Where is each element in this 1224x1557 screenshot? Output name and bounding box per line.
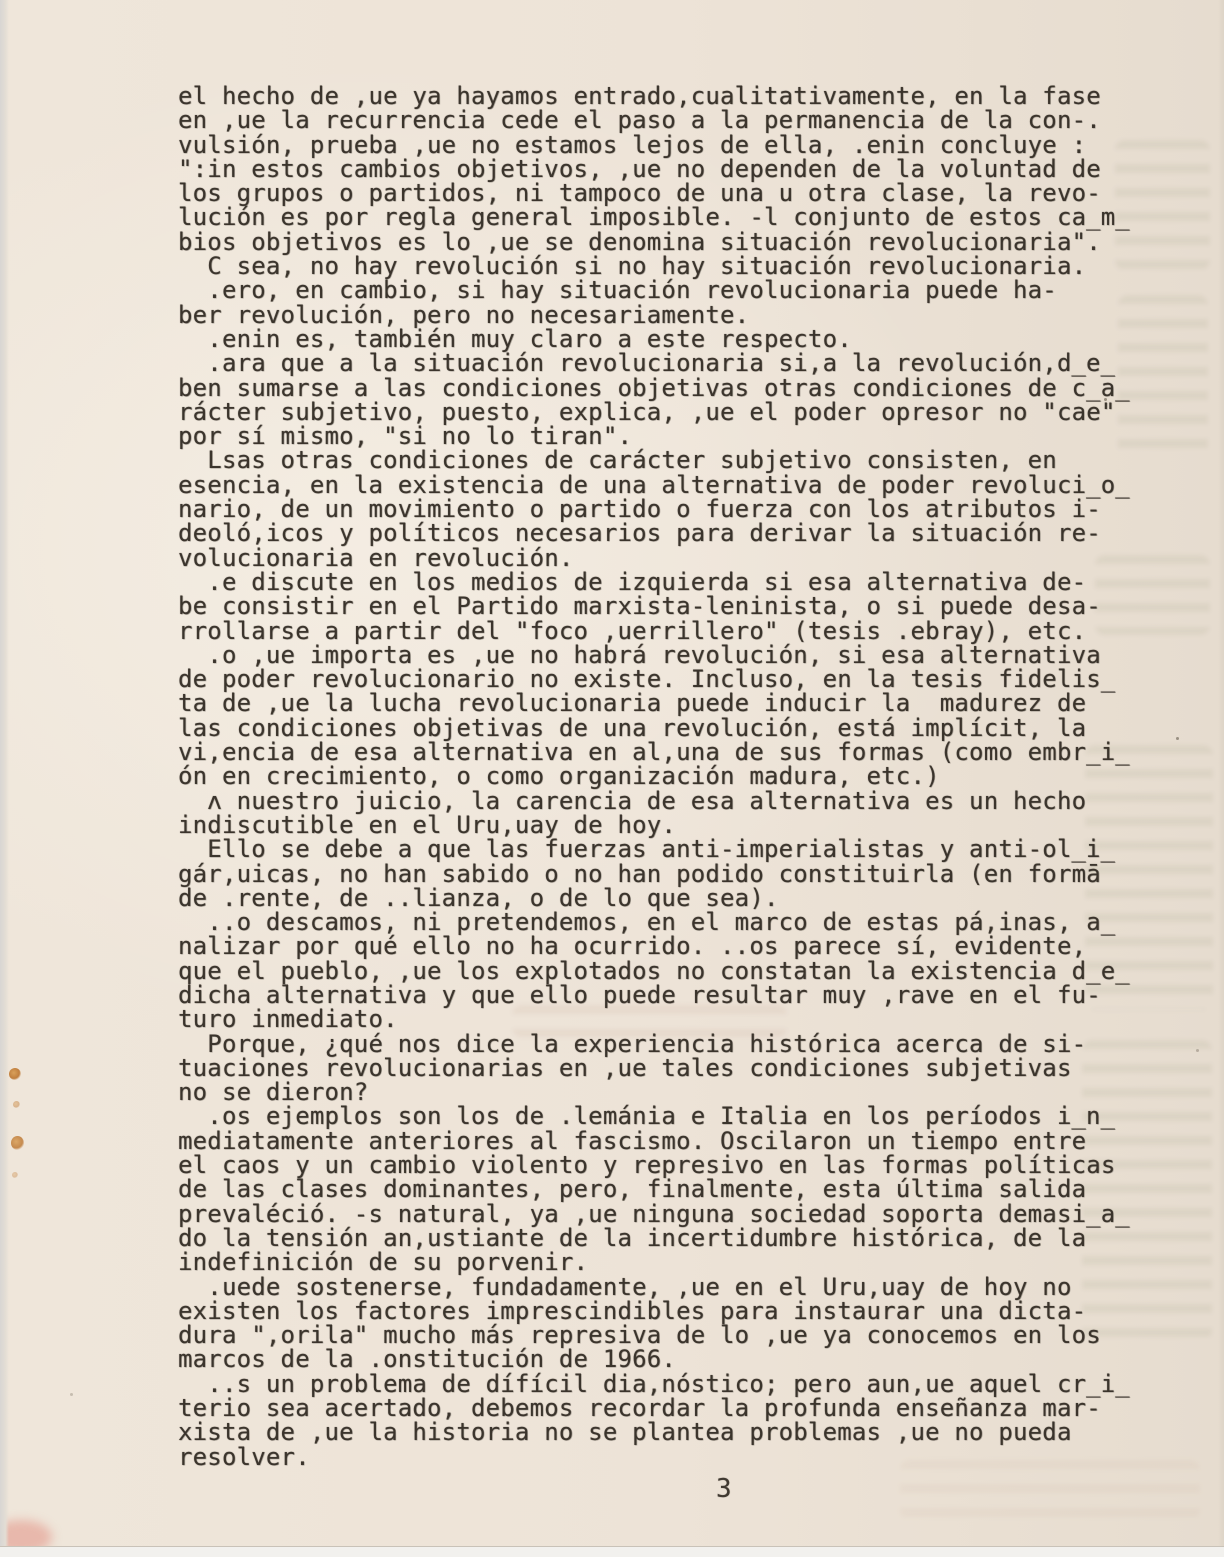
text-line: ber revolución, pero no necesariamente.	[178, 303, 1138, 327]
paper-speck	[1104, 398, 1107, 401]
text-line: .os ejemplos son los de .lemánia e Itali…	[178, 1104, 1138, 1128]
paragraph: ..o descamos, ni pretendemos, en el marc…	[178, 910, 1138, 1031]
paragraph: Lsas otras condiciones de carácter subje…	[178, 448, 1138, 569]
text-line: indiscutible en el Uru‚uay de hoy.	[178, 813, 1138, 837]
text-line: en ‚ue la recurrencia cede el paso a la …	[178, 108, 1138, 132]
rust-spot	[12, 1172, 18, 1178]
text-line: existen los factores imprescindibles par…	[178, 1299, 1138, 1323]
text-line: resolver.	[178, 1445, 1138, 1469]
rust-spot	[11, 1136, 24, 1150]
text-line: .uede sostenerse, fundadamente, ‚ue en e…	[178, 1275, 1138, 1299]
text-line: nario, de un movimiento o partido o fuer…	[178, 497, 1138, 521]
text-line: el caos y un cambio violento y represivo…	[178, 1153, 1138, 1177]
text-line: do la tensión an‚ustiante de la incertid…	[178, 1226, 1138, 1250]
text-line: de poder revolucionario no existe. Inclu…	[178, 667, 1138, 691]
text-line: vi‚encia de esa alternativa en al‚una de…	[178, 740, 1138, 764]
text-line: xista de ‚ue la historia no se plantea p…	[178, 1420, 1138, 1444]
text-line: turo inmediato.	[178, 1007, 1138, 1031]
text-line: dicha alternativa y que ello puede resul…	[178, 983, 1138, 1007]
text-line: .ero, en cambio, si hay situación revolu…	[178, 278, 1138, 302]
paragraph: .uede sostenerse, fundadamente, ‚ue en e…	[178, 1275, 1138, 1372]
paragraph: C sea, no hay revolución si no hay situa…	[178, 254, 1138, 278]
text-line: dura "‚orila" mucho más represiva de lo …	[178, 1323, 1138, 1347]
text-line: rácter subjetivo, puesto, explica, ‚ue e…	[178, 400, 1138, 424]
text-line: gár‚uicas, no han sabido o no han podido…	[178, 862, 1138, 886]
paragraph: .ara que a la situación revolucionaria s…	[178, 351, 1138, 448]
text-line: marcos de la .onstitución de 1966.	[178, 1347, 1138, 1371]
paragraph: ..s un problema de dífícil dia‚nóstico; …	[178, 1372, 1138, 1469]
paragraph: Porque, ¿qué nos dice la experiencia his…	[178, 1032, 1138, 1105]
text-line: bios objetivos es lo ‚ue se denomina sit…	[178, 230, 1138, 254]
paragraph: .ero, en cambio, si hay situación revolu…	[178, 278, 1138, 327]
paragraph: ʌ nuestro juicio, la carencia de esa alt…	[178, 789, 1138, 838]
text-line: esencia, en la existencia de una alterna…	[178, 473, 1138, 497]
text-line: no se dieron?	[178, 1080, 1138, 1104]
text-line: las condiciones objetivas de una revoluc…	[178, 716, 1138, 740]
text-line: ta de ‚ue la lucha revolucionaria puede …	[178, 691, 1138, 715]
text-line: volucionaria en revolución.	[178, 546, 1138, 570]
page-number: 3	[716, 1474, 732, 1504]
text-line: los grupos o partidos, ni tampoco de una…	[178, 181, 1138, 205]
bleed-through-smudge	[900, 1460, 1200, 1520]
paragraph: Ello se debe a que las fuerzas anti-impe…	[178, 837, 1138, 910]
text-line: deoló‚icos y políticos necesarios para d…	[178, 521, 1138, 545]
text-line: ..o descamos, ni pretendemos, en el marc…	[178, 910, 1138, 934]
scan-edge-bottom	[0, 1546, 1224, 1557]
text-line: Ello se debe a que las fuerzas anti-impe…	[178, 837, 1138, 861]
text-line: el hecho de ‚ue ya hayamos entrado,cuali…	[178, 84, 1138, 108]
paper-speck	[1176, 737, 1179, 740]
text-line: prevaléció. -s natural, ya ‚ue ninguna s…	[178, 1202, 1138, 1226]
rust-spot	[13, 1101, 20, 1108]
text-line: be consistir en el Partido marxista-leni…	[178, 594, 1138, 618]
text-line: .ara que a la situación revolucionaria s…	[178, 351, 1138, 375]
text-line: ʌ nuestro juicio, la carencia de esa alt…	[178, 789, 1138, 813]
text-line: .enin es, también muy claro a este respe…	[178, 327, 1138, 351]
paragraph: .enin es, también muy claro a este respe…	[178, 327, 1138, 351]
text-line: ben sumarse a las condiciones objetivas …	[178, 376, 1138, 400]
typewritten-text: el hecho de ‚ue ya hayamos entrado,cuali…	[178, 84, 1138, 1469]
text-line: C sea, no hay revolución si no hay situa…	[178, 254, 1138, 278]
text-line: lución es por regla general imposible. -…	[178, 205, 1138, 229]
paragraph: el hecho de ‚ue ya hayamos entrado,cuali…	[178, 84, 1138, 254]
paper-speck	[1196, 1049, 1199, 1052]
text-line: indefinición de su porvenir.	[178, 1250, 1138, 1274]
text-line: vulsión, prueba ‚ue no estamos lejos de …	[178, 133, 1138, 157]
text-line: Porque, ¿qué nos dice la experiencia his…	[178, 1032, 1138, 1056]
text-line: ":in estos cambios objetivos, ‚ue no dep…	[178, 157, 1138, 181]
text-line: de las clases dominantes, pero, finalmen…	[178, 1177, 1138, 1201]
text-line: nalizar por qué ello no ha ocurrido. ..o…	[178, 934, 1138, 958]
scan-edge-left	[0, 0, 9, 1557]
text-line: .o ‚ue importa es ‚ue no habrá revolució…	[178, 643, 1138, 667]
text-line: tuaciones revolucionarias en ‚ue tales c…	[178, 1056, 1138, 1080]
text-line: ón en crecimiento, o como organización m…	[178, 764, 1138, 788]
text-line: que el pueblo, ‚ue los explotados no con…	[178, 959, 1138, 983]
scan-edge-right	[1218, 0, 1224, 1557]
document-page: el hecho de ‚ue ya hayamos entrado,cuali…	[0, 0, 1224, 1557]
text-line: mediatamente anteriores al fascismo. Osc…	[178, 1129, 1138, 1153]
paragraph: .e discute en los medios de izquierda si…	[178, 570, 1138, 643]
paragraph: .o ‚ue importa es ‚ue no habrá revolució…	[178, 643, 1138, 789]
rust-spot	[9, 1068, 21, 1080]
text-line: por sí mismo, "si no lo tiran".	[178, 424, 1138, 448]
text-line: Lsas otras condiciones de carácter subje…	[178, 448, 1138, 472]
paper-speck	[70, 1393, 73, 1396]
text-line: de .rente, de ..lianza, o de lo que sea)…	[178, 886, 1138, 910]
paragraph: .os ejemplos son los de .lemánia e Itali…	[178, 1104, 1138, 1274]
text-line: rrollarse a partir del "foco ‚uerrillero…	[178, 619, 1138, 643]
text-line: .e discute en los medios de izquierda si…	[178, 570, 1138, 594]
text-line: ..s un problema de dífícil dia‚nóstico; …	[178, 1372, 1138, 1396]
text-line: terio sea acertado, debemos recordar la …	[178, 1396, 1138, 1420]
